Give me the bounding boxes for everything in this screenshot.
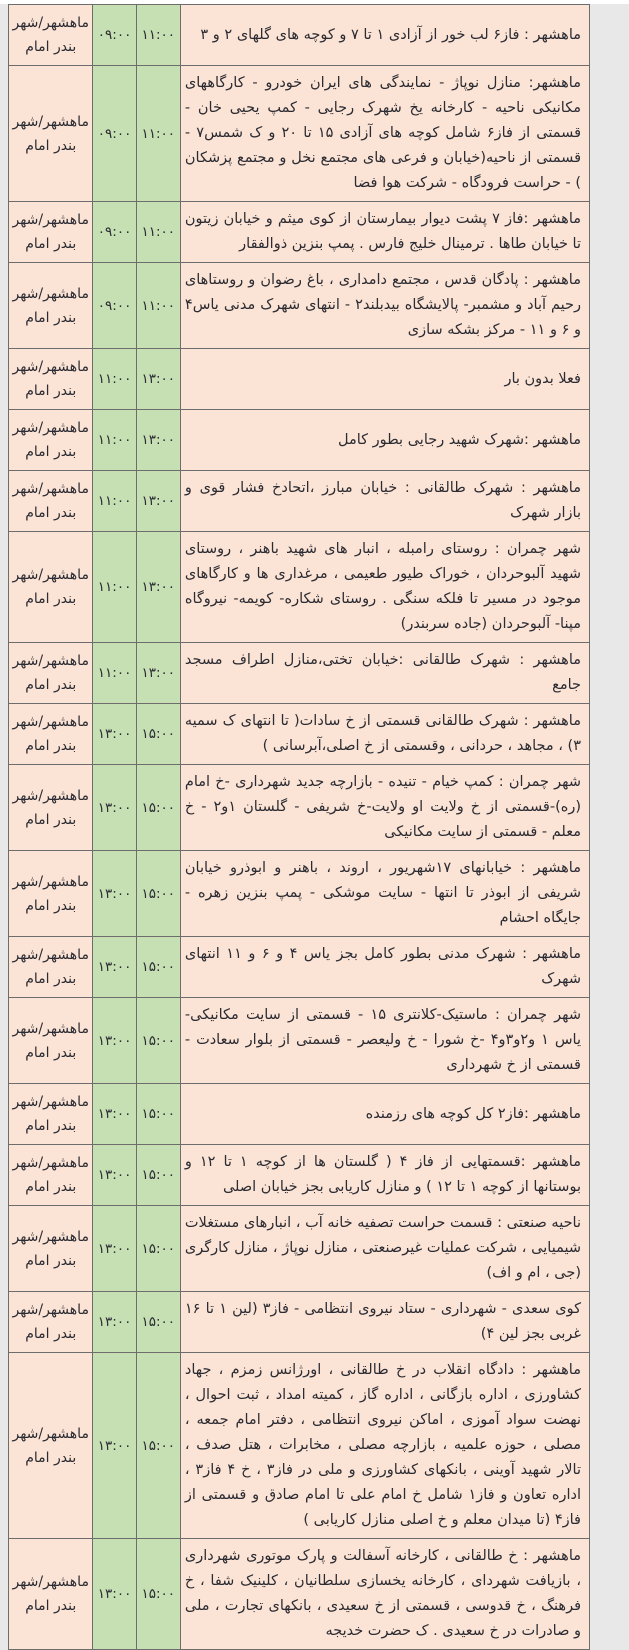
region-cell: ماهشهر/شهر بندر امام: [9, 1145, 93, 1206]
end-time-cell: ۱۵:۰۰: [136, 1145, 180, 1206]
region-cell: ماهشهر/شهر بندر امام: [9, 532, 93, 643]
table-row: ماهشهر :شهرک شهید رجایی بطور کامل۱۳:۰۰۱۱…: [9, 410, 590, 471]
outage-areas-cell: ناحیه صنعتی : قسمت حراست تصفیه خانه آب ،…: [180, 1206, 589, 1281]
outage-areas-cell: ماهشهر : شهرک طالقانی : خیابان مبارز ،ات…: [180, 471, 589, 532]
start-time-cell: ۱۱:۰۰: [93, 410, 136, 471]
table-row: ماهشهر : شهرک طالقانی قسمتی از خ سادات( …: [9, 704, 590, 765]
outage-areas-cell: شهر چمران : کمپ خیام - تنیده - بازارچه ج…: [180, 765, 589, 851]
region-cell: ماهشهر/شهر بندر امام: [9, 410, 93, 471]
table-row: شهر چمران : ماستیک-کلانتری ۱۵ - قسمتی از…: [9, 998, 590, 1084]
end-time-cell: ۱۵:۰۰: [136, 1206, 180, 1281]
table-row: فعلا بدون بار۱۳:۰۰۱۱:۰۰ماهشهر/شهر بندر ا…: [9, 349, 590, 410]
start-time-cell: ۰۹:۰۰: [93, 202, 136, 263]
outage-areas-cell: ماهشهر: منازل نوپاژ - نمایندگی های ایران…: [180, 66, 589, 202]
end-time-cell: ۱۵:۰۰: [136, 851, 180, 937]
start-time-cell: ۱۱:۰۰: [93, 643, 136, 704]
region-cell: ماهشهر/شهر بندر امام: [9, 643, 93, 704]
region-cell: ماهشهر/شهر بندر امام: [9, 66, 93, 202]
outage-areas-cell: شهر چمران : روستای رامبله ، انبار های شه…: [180, 532, 589, 643]
outage-areas-cell: ماهشهر : شهرک طالقانی :خیابان تختی،منازل…: [180, 643, 589, 704]
power-outage-schedule-table: ماهشهر : فاز۶ لب خور از آزادی ۱ تا ۷ و ک…: [8, 4, 590, 1280]
outage-schedule-container: ماهشهر : فاز۶ لب خور از آزادی ۱ تا ۷ و ک…: [8, 4, 590, 1280]
outage-areas-cell: ماهشهر : فاز۶ لب خور از آزادی ۱ تا ۷ و ک…: [180, 5, 589, 66]
table-row: ماهشهر :قسمتهایی از فاز ۴ ( گلستان ها از…: [9, 1145, 590, 1206]
start-time-cell: ۰۹:۰۰: [93, 5, 136, 66]
table-row: ماهشهر : شهرک طالقانی : خیابان مبارز ،ات…: [9, 471, 590, 532]
region-cell: ماهشهر/شهر بندر امام: [9, 851, 93, 937]
start-time-cell: ۰۹:۰۰: [93, 66, 136, 202]
end-time-cell: ۱۵:۰۰: [136, 704, 180, 765]
table-row: ناحیه صنعتی : قسمت حراست تصفیه خانه آب ،…: [9, 1206, 590, 1281]
start-time-cell: ۱۳:۰۰: [93, 704, 136, 765]
end-time-cell: ۱۳:۰۰: [136, 471, 180, 532]
start-time-cell: ۱۳:۰۰: [93, 1206, 136, 1281]
outage-areas-cell: ماهشهر : شهرک طالقانی قسمتی از خ سادات( …: [180, 704, 589, 765]
region-cell: ماهشهر/شهر بندر امام: [9, 202, 93, 263]
table-row: ماهشهر: منازل نوپاژ - نمایندگی های ایران…: [9, 66, 590, 202]
region-cell: ماهشهر/شهر بندر امام: [9, 704, 93, 765]
region-cell: ماهشهر/شهر بندر امام: [9, 263, 93, 349]
outage-areas-cell: ماهشهر :فاز ۷ پشت دیوار بیمارستان از کوی…: [180, 202, 589, 263]
start-time-cell: ۱۳:۰۰: [93, 1145, 136, 1206]
end-time-cell: ۱۳:۰۰: [136, 643, 180, 704]
end-time-cell: ۱۱:۰۰: [136, 202, 180, 263]
table-row: ماهشهر :فاز۲ کل کوچه های رزمنده۱۵:۰۰۱۳:۰…: [9, 1084, 590, 1145]
end-time-cell: ۱۳:۰۰: [136, 532, 180, 643]
start-time-cell: ۱۱:۰۰: [93, 471, 136, 532]
table-row: ماهشهر : پادگان قدس ، مجتمع دامداری ، با…: [9, 263, 590, 349]
outage-areas-cell: ماهشهر : خیابانهای ۱۷شهریور ، اروند ، با…: [180, 851, 589, 937]
start-time-cell: ۱۱:۰۰: [93, 532, 136, 643]
outage-areas-cell: ماهشهر :فاز۲ کل کوچه های رزمنده: [180, 1084, 589, 1145]
table-row: ماهشهر : شهرک طالقانی :خیابان تختی،منازل…: [9, 643, 590, 704]
outage-areas-cell: شهر چمران : ماستیک-کلانتری ۱۵ - قسمتی از…: [180, 998, 589, 1084]
table-row: شهر چمران : روستای رامبله ، انبار های شه…: [9, 532, 590, 643]
end-time-cell: ۱۵:۰۰: [136, 765, 180, 851]
start-time-cell: ۰۹:۰۰: [93, 263, 136, 349]
region-cell: ماهشهر/شهر بندر امام: [9, 349, 93, 410]
start-time-cell: ۱۳:۰۰: [93, 1084, 136, 1145]
end-time-cell: ۱۱:۰۰: [136, 66, 180, 202]
end-time-cell: ۱۵:۰۰: [136, 937, 180, 998]
end-time-cell: ۱۳:۰۰: [136, 349, 180, 410]
region-cell: ماهشهر/شهر بندر امام: [9, 5, 93, 66]
region-cell: ماهشهر/شهر بندر امام: [9, 1084, 93, 1145]
start-time-cell: ۱۱:۰۰: [93, 349, 136, 410]
outage-areas-cell: ماهشهر :قسمتهایی از فاز ۴ ( گلستان ها از…: [180, 1145, 589, 1206]
outage-areas-cell: ماهشهر :شهرک شهید رجایی بطور کامل: [180, 410, 589, 471]
end-time-cell: ۱۵:۰۰: [136, 1084, 180, 1145]
region-cell: ماهشهر/شهر بندر امام: [9, 998, 93, 1084]
region-cell: ماهشهر/شهر بندر امام: [9, 1206, 93, 1281]
table-row: ماهشهر : خیابانهای ۱۷شهریور ، اروند ، با…: [9, 851, 590, 937]
table-row: شهر چمران : کمپ خیام - تنیده - بازارچه ج…: [9, 765, 590, 851]
end-time-cell: ۱۵:۰۰: [136, 998, 180, 1084]
outage-areas-cell: فعلا بدون بار: [180, 349, 589, 410]
table-row: ماهشهر : شهرک مدنی بطور کامل بجز یاس ۴ و…: [9, 937, 590, 998]
region-cell: ماهشهر/شهر بندر امام: [9, 937, 93, 998]
end-time-cell: ۱۱:۰۰: [136, 263, 180, 349]
outage-areas-cell: ماهشهر : شهرک مدنی بطور کامل بجز یاس ۴ و…: [180, 937, 589, 998]
schedule-rows: ماهشهر : فاز۶ لب خور از آزادی ۱ تا ۷ و ک…: [9, 5, 590, 1281]
table-row: ماهشهر :فاز ۷ پشت دیوار بیمارستان از کوی…: [9, 202, 590, 263]
end-time-cell: ۱۳:۰۰: [136, 410, 180, 471]
outage-areas-cell: ماهشهر : پادگان قدس ، مجتمع دامداری ، با…: [180, 263, 589, 349]
table-row: ماهشهر : فاز۶ لب خور از آزادی ۱ تا ۷ و ک…: [9, 5, 590, 66]
end-time-cell: ۱۱:۰۰: [136, 5, 180, 66]
start-time-cell: ۱۳:۰۰: [93, 998, 136, 1084]
region-cell: ماهشهر/شهر بندر امام: [9, 471, 93, 532]
start-time-cell: ۱۳:۰۰: [93, 937, 136, 998]
start-time-cell: ۱۳:۰۰: [93, 765, 136, 851]
region-cell: ماهشهر/شهر بندر امام: [9, 765, 93, 851]
start-time-cell: ۱۳:۰۰: [93, 851, 136, 937]
